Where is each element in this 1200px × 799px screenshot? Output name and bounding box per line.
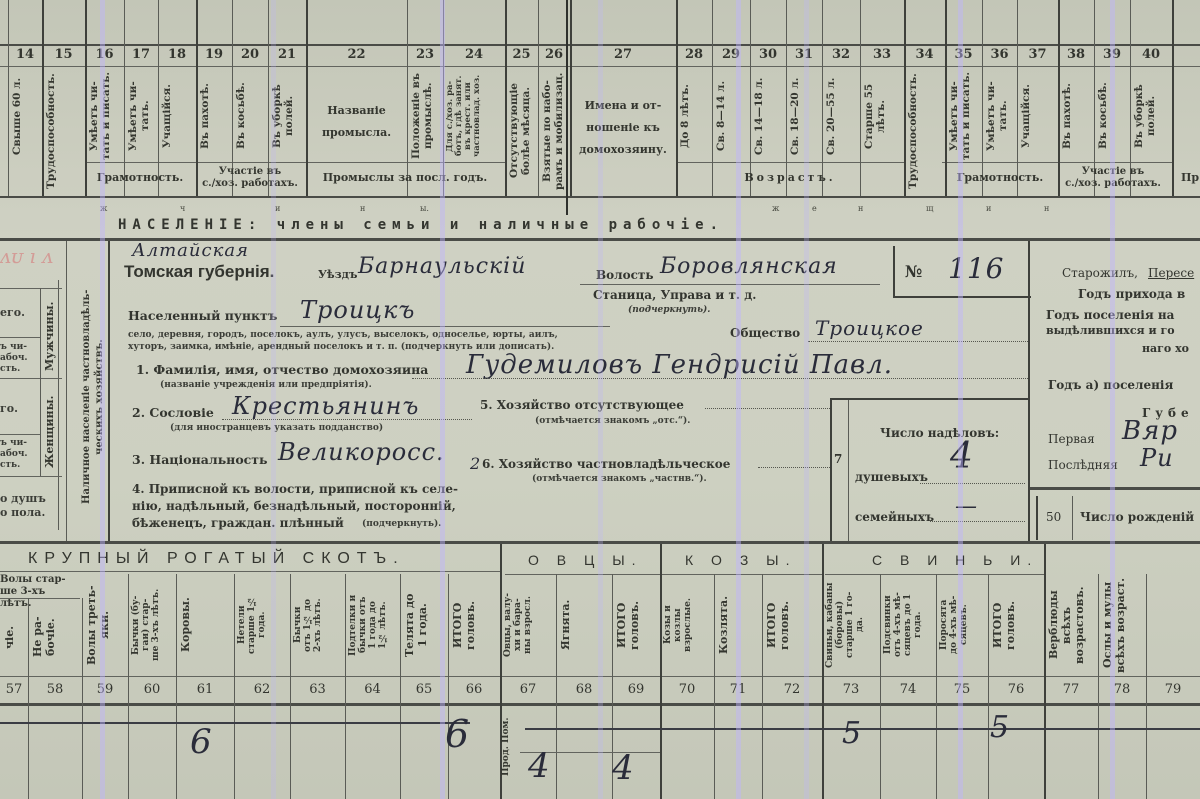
column-header-15: Трудоспособность.	[45, 72, 82, 190]
sex-letter: и	[986, 204, 991, 213]
first-field[interactable]: Вяр	[1122, 416, 1178, 446]
column-number: 36	[982, 47, 1017, 62]
province-handwritten: Алтайская	[132, 240, 249, 261]
column-number: 15	[42, 47, 85, 62]
stanitsa-hint: (подчеркнуть).	[628, 305, 710, 315]
column-number: 25	[505, 47, 538, 62]
column-number: 30	[750, 47, 786, 62]
livestock-cell-77[interactable]	[1044, 706, 1098, 799]
q6-hint: (отмѣчается знакомъ „частнв.“).	[532, 474, 707, 484]
scan-streak	[598, 0, 603, 799]
livestock-cell-72[interactable]	[762, 706, 822, 799]
column-number: 28	[676, 47, 712, 62]
column-number: 33	[860, 47, 904, 62]
province-printed: Томская губернія.	[124, 262, 274, 282]
livestock-header-62: Нетели старше 1½ года.	[237, 576, 287, 674]
group-trades: Промыслы за посл. годъ.	[306, 172, 504, 184]
column-header-18: Учащійся.	[161, 72, 193, 160]
settlement-types-1: село, деревня, городъ, поселокъ, аулъ, у…	[128, 330, 558, 340]
q2-label: 2. Сословіе	[132, 405, 214, 420]
column-number: 19	[196, 47, 232, 62]
q6-label: 6. Хозяйство частновладѣльческое	[482, 457, 730, 471]
livestock-column-number: 63	[290, 682, 345, 697]
settlement-field[interactable]: Троицкъ	[300, 296, 415, 324]
frag-total-1: его.	[0, 306, 25, 319]
livestock-header-72: ИТОГО головъ.	[765, 576, 819, 674]
family-allotments-label: семейныхъ	[855, 510, 934, 524]
last-label: Послѣдняя	[1048, 458, 1118, 472]
livestock-header-74: Подсвинки отъ 4-хъ мѣ- сяцевъ до 1 года.	[883, 576, 933, 674]
pigs-adult-entry[interactable]: 5	[842, 716, 862, 751]
oldtimer-label: Старожилъ,	[1062, 266, 1138, 280]
column-header-24: Для с./хоз. ра- ботъ, гдѣ занят. въ крес…	[446, 72, 502, 160]
column-header-29: Св. 8—14 л.	[715, 72, 747, 160]
livestock-column-number: 67	[500, 682, 556, 697]
column-header-34: Трудоспособность.	[907, 72, 942, 190]
livestock-header-64: Подтелки и бычки отъ 1 года до 1½ лѣтъ.	[348, 576, 397, 674]
column-number: 40	[1130, 47, 1172, 62]
column-header-28: До 8 лѣтъ.	[679, 72, 709, 160]
livestock-header-77: Верблюды всѣхъ возрастовъ.	[1047, 576, 1095, 674]
dash-line-cattle	[0, 722, 470, 724]
column-header-19: Въ пахотѣ.	[199, 72, 229, 160]
livestock-header-61: Коровы.	[179, 576, 231, 674]
column-header-37: Учащійся.	[1020, 72, 1055, 160]
column-header-14: Свыше 60 л.	[11, 72, 39, 160]
group-age: Возрастъ.	[676, 172, 904, 184]
scan-streak	[804, 0, 809, 799]
livestock-column-number: 79	[1146, 682, 1200, 697]
soul-allotments-label: душевыхъ	[855, 470, 928, 484]
section-banner: НАСЕЛЕНІЕ: члены семьи и наличные рабочі…	[118, 217, 724, 233]
scan-streak	[100, 0, 105, 799]
column-number: 29	[712, 47, 750, 62]
livestock-column-number: 58	[28, 682, 82, 697]
livestock-header-60: Бычки (бу- гаи) стар- ше 3-хъ лѣтъ.	[131, 576, 173, 674]
column-header-33: Старше 55 лѣтъ.	[863, 72, 901, 160]
q6-mark: 2	[470, 454, 481, 473]
livestock-cell-62[interactable]	[234, 706, 290, 799]
q5-hint: (отмѣчается знакомъ „отс.“).	[535, 416, 690, 426]
sex-letter: н	[1044, 204, 1049, 213]
scan-streak	[271, 0, 276, 799]
livestock-header-63: Бычки отъ 1½ до 2-хъ лѣтъ.	[293, 576, 342, 674]
column-header-17: Умѣетъ чи- тать.	[127, 72, 155, 160]
dash-line-right	[525, 728, 1200, 730]
column-number: 23	[407, 47, 443, 62]
frag-work-1: ъ чи- абоч. сть.	[0, 342, 28, 375]
cattle-total-entry[interactable]: 6	[445, 712, 470, 756]
livestock-header-76: ИТОГО головъ.	[991, 576, 1041, 674]
column-number: 22	[306, 47, 407, 62]
livestock-header-79	[1149, 576, 1197, 674]
q5-label: 5. Хозяйство отсутствующее	[480, 398, 684, 412]
q2-hint: (для иностранцевъ указать подданство)	[170, 423, 383, 433]
nationality-field[interactable]: Великоросс.	[278, 438, 445, 466]
q1-label: 1. Фамилія, имя, отчество домохозяина	[136, 362, 428, 377]
sheep-title: О В Ц Ы.	[528, 552, 643, 568]
livestock-column-number: 57	[0, 682, 28, 697]
sex-letter: е	[812, 204, 817, 213]
q4-line3: бѣженецъ, граждан. плѣнный	[132, 516, 344, 530]
first-label: Первая	[1048, 432, 1095, 446]
livestock-cell-58[interactable]	[28, 706, 82, 799]
column-header-20: Въ косьбѣ.	[235, 72, 265, 160]
sex-letter: ч	[180, 204, 185, 213]
livestock-cell-57[interactable]	[0, 706, 28, 799]
column-number: 38	[1058, 47, 1094, 62]
livestock-header-58: Не ра- бочіе.	[31, 600, 79, 674]
frag-work-2: ъ чи- абоч. сть.	[0, 438, 28, 471]
prod-label: Прод. Пом.	[500, 712, 513, 782]
cows-entry[interactable]: 6	[190, 722, 213, 762]
births-label: Число рожденій	[1080, 510, 1194, 524]
column-number: 24	[443, 47, 505, 62]
row50-number: 50	[1046, 510, 1061, 524]
livestock-cell-78[interactable]	[1098, 706, 1146, 799]
scan-streak	[1110, 0, 1115, 799]
livestock-column-number: 73	[822, 682, 880, 697]
livestock-cell-63[interactable]	[290, 706, 345, 799]
sex-letter: ж	[772, 204, 779, 213]
column-header-27: Имена и от- ношеніе къ домохозяину.	[572, 95, 674, 161]
livestock-header-65: Телята до 1 года.	[403, 576, 445, 674]
head-of-household-field[interactable]: Гудемиловъ Гендрисій Павл.	[466, 350, 893, 380]
pigs-title: С В И Н Ь И.	[872, 552, 1038, 568]
uezd-label: Уѣздъ	[318, 268, 357, 281]
sheep-total-prod-entry[interactable]: 4	[612, 748, 635, 788]
society-field[interactable]: Троицкое	[815, 316, 924, 340]
livestock-column-number: 60	[128, 682, 176, 697]
settlement-label: Населенный пунктъ	[128, 308, 277, 323]
livestock-column-number: 77	[1044, 682, 1098, 697]
q4-line2: нію, надѣльный, безнадѣльный, посторонні…	[132, 499, 456, 513]
column-number: 35	[945, 47, 982, 62]
column-header-30: Св. 14—18 л.	[753, 72, 783, 160]
livestock-column-number: 61	[176, 682, 234, 697]
column-number: 32	[822, 47, 860, 62]
label-women: Женщины.	[43, 392, 56, 472]
livestock-header-69: ИТОГО головъ.	[615, 576, 657, 674]
column-number: 20	[232, 47, 268, 62]
group-cut: Пр	[1180, 172, 1200, 184]
q3-label: 3. Національность	[132, 452, 268, 467]
cattle-title: КРУПНЫЙ РОГАТЫЙ СКОТЪ.	[28, 550, 405, 568]
frag-souls: о душъ о пола.	[0, 492, 46, 520]
allotments-title: Число надѣловъ:	[880, 426, 999, 440]
sex-letter: н	[360, 204, 365, 213]
last-field[interactable]: Ри	[1140, 444, 1174, 472]
frag-total-2: го.	[0, 402, 18, 415]
q1-hint: (названіе учрежденія или предпріятія).	[160, 380, 372, 390]
livestock-cell-64[interactable]	[345, 706, 400, 799]
column-header-35: Умѣетъ чи- тать и писать.	[948, 72, 979, 160]
livestock-cell-70[interactable]	[660, 706, 714, 799]
livestock-column-number: 70	[660, 682, 714, 697]
livestock-column-number: 68	[556, 682, 612, 697]
estate-field[interactable]: Крестьянинъ	[232, 392, 419, 420]
stanitsa-label: Станица, Управа и т. д.	[593, 288, 756, 302]
livestock-column-number: 62	[234, 682, 290, 697]
column-number: 14	[8, 47, 42, 62]
livestock-cell-60[interactable]	[128, 706, 176, 799]
livestock-cell-79[interactable]	[1146, 706, 1200, 799]
livestock-column-number: 59	[82, 682, 128, 697]
q4-hint: (подчеркнуть).	[362, 519, 441, 529]
red-pencil-mark: ᴧᴜ ı ᴧ	[0, 244, 60, 274]
livestock-column-number: 78	[1098, 682, 1146, 697]
resettler-label: Пересе	[1148, 266, 1194, 280]
sex-letter: щ	[926, 204, 933, 213]
pigs-total-entry[interactable]: 5	[990, 710, 1010, 745]
column-number: 27	[570, 47, 676, 62]
livestock-column-number: 72	[762, 682, 822, 697]
column-header-23: Положеніе въ промыслѣ.	[410, 72, 440, 160]
box7-number: 7	[834, 452, 842, 466]
column-header-25: Отсутствующіе болѣе мѣсяца.	[508, 72, 535, 190]
column-number: 17	[124, 47, 158, 62]
scan-streak	[958, 0, 963, 799]
volost-field[interactable]: Боровлянская	[660, 254, 838, 279]
q4-line1: 4. Приписной къ волости, приписной къ се…	[132, 482, 458, 496]
column-header-40: Въ уборкѣ полей.	[1133, 72, 1169, 160]
sex-letter: н	[858, 204, 863, 213]
scan-streak	[440, 0, 445, 799]
livestock-header-59: Волы треть- яки.	[85, 576, 125, 674]
livestock-cell-59[interactable]	[82, 706, 128, 799]
volost-label: Волость	[596, 268, 654, 282]
sheep-prod-entry[interactable]: 4	[528, 746, 551, 786]
column-header-22: Названіе промысла.	[308, 100, 405, 144]
column-header-32: Св. 20—55 л.	[825, 72, 857, 160]
livestock-column-number: 76	[988, 682, 1044, 697]
livestock-header-73: Свиньи, кабаны (боровы) старше 1 го- да.	[825, 576, 877, 674]
column-header-38: Въ пахотѣ.	[1061, 72, 1091, 160]
arrival-year-label: Годъ прихода в	[1078, 287, 1185, 301]
label-men: Мужчины.	[43, 296, 56, 376]
scan-streak	[736, 0, 741, 799]
livestock-cell-74[interactable]	[880, 706, 936, 799]
group-farm-work: Участіе въ с./хоз. работахъ.	[196, 166, 304, 190]
livestock-header-67: Овцы, валу- хи и бара- ны взросл.	[503, 576, 553, 674]
livestock-header-70: Козы и козлы взрослые.	[663, 576, 711, 674]
number-label: №	[905, 262, 922, 281]
column-number: 37	[1017, 47, 1058, 62]
column-number: 34	[904, 47, 945, 62]
livestock-header-66: ИТОГО головъ.	[451, 576, 497, 674]
livestock-column-number: 74	[880, 682, 936, 697]
livestock-column-number: 66	[448, 682, 500, 697]
number-field[interactable]: 116	[948, 252, 1004, 285]
column-header-36: Умѣетъ чи- тать.	[985, 72, 1014, 160]
settle-year-line3: наго хо	[1142, 342, 1189, 355]
livestock-header-57: чіе.	[3, 600, 25, 674]
column-number: 18	[158, 47, 196, 62]
livestock-header-78: Ослы и мулы всѣхъ возраст.	[1101, 576, 1143, 674]
livestock-column-number: 64	[345, 682, 400, 697]
sex-letter: ы.	[420, 204, 429, 213]
column-header-26: Взятые по набо- рамъ и мобилизац.	[541, 72, 567, 190]
livestock-column-number: 69	[612, 682, 660, 697]
